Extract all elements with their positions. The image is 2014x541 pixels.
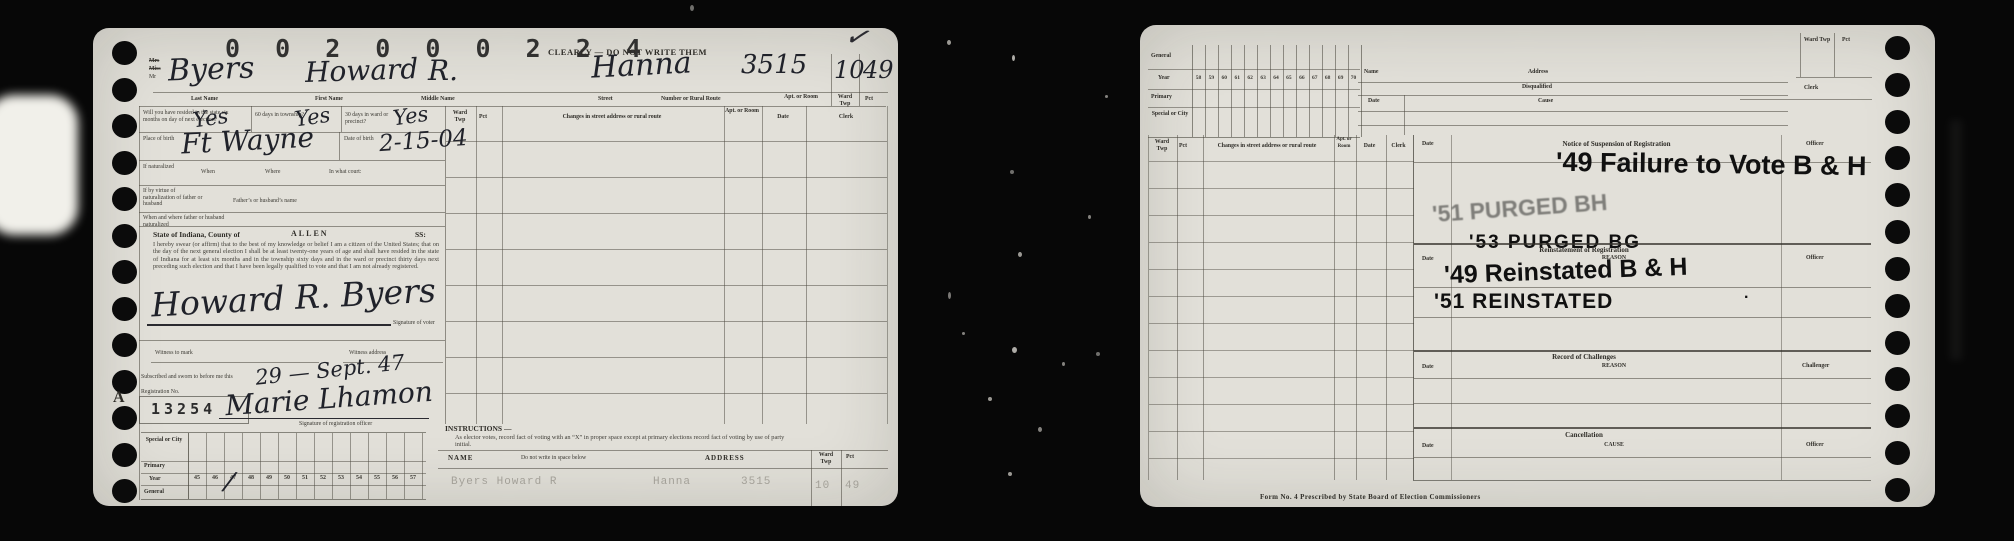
changes-col-clerk: Clerk bbox=[807, 114, 885, 121]
reinstatement-officer-label: Officer bbox=[1806, 255, 1824, 262]
corner-clerk-label: Clerk bbox=[1804, 85, 1818, 92]
label-virtue-naturalization: If by virtue of naturalization of father… bbox=[143, 188, 207, 208]
section-line bbox=[1414, 378, 1871, 379]
label-number-rural-route: Number or Rural Route bbox=[661, 96, 721, 103]
label-signature-registration-officer: Signature of registration officer bbox=[299, 421, 372, 428]
year-cell: 67 bbox=[1308, 75, 1321, 84]
label-when: When bbox=[201, 169, 215, 176]
section-line bbox=[1414, 403, 1871, 404]
year-cell: 69 bbox=[1334, 75, 1347, 84]
year-cell: 61 bbox=[1231, 75, 1244, 84]
dust-speck bbox=[1010, 170, 1014, 174]
film-scratch bbox=[1950, 120, 1962, 360]
punch-hole-icon bbox=[1885, 73, 1910, 97]
ward-handwritten: 10 bbox=[834, 56, 865, 84]
corner-box-line bbox=[1740, 99, 1872, 100]
signature-underline bbox=[147, 324, 391, 326]
punch-hole-icon bbox=[112, 443, 137, 467]
grid-label-special: Special or City bbox=[143, 437, 185, 444]
corner-ward-label: Ward Twp bbox=[1803, 37, 1831, 44]
dust-speck bbox=[1018, 252, 1022, 257]
registration-margin-letter: A bbox=[113, 394, 125, 402]
cell-line bbox=[841, 450, 842, 506]
section-boundary bbox=[1414, 243, 1871, 245]
head-line bbox=[1358, 125, 1788, 126]
year-cell: 48 bbox=[242, 475, 260, 485]
changes-table bbox=[1148, 135, 1414, 480]
first-name-handwritten: Howard bbox=[304, 52, 418, 89]
changes-col-pct: Pct bbox=[479, 114, 487, 121]
head-cell-line bbox=[1404, 95, 1405, 135]
left-registration-card: 0 0 2 0 0 0 2 2 4 CLEARLY — DO NOT WRITE… bbox=[93, 28, 898, 506]
dust-speck bbox=[962, 332, 965, 335]
dust-speck bbox=[1105, 95, 1108, 98]
row-line bbox=[139, 212, 445, 213]
section-line bbox=[1414, 317, 1871, 318]
prefix-mr: Mr bbox=[149, 74, 156, 81]
bottom-pct-label: Pct bbox=[846, 454, 854, 461]
section-boundary bbox=[1414, 350, 1871, 352]
label-pct: Pct bbox=[865, 96, 873, 103]
dust-speck bbox=[948, 292, 951, 299]
row-line bbox=[139, 185, 445, 186]
year-cell: 64 bbox=[1270, 75, 1283, 84]
year-cell: 65 bbox=[1282, 75, 1295, 84]
year-cell: 56 bbox=[386, 475, 404, 485]
suspension-date-label: Date bbox=[1422, 141, 1434, 148]
typed-pct: 49 bbox=[845, 480, 860, 492]
label-subscribed-sworn: Subscribed and sworn to before me this bbox=[141, 374, 259, 381]
punch-hole-icon bbox=[1885, 331, 1910, 355]
microfilm-background: { "left_card": { "stamp_number": "0 0 2 … bbox=[0, 0, 2014, 541]
label-street: Street bbox=[598, 96, 613, 103]
challenges-title: Record of Challenges bbox=[1454, 353, 1714, 361]
place-of-birth-handwritten: Ft Wayne bbox=[180, 121, 315, 161]
changes-col-changes: Changes in street address or rural route bbox=[505, 114, 719, 121]
row-line bbox=[438, 450, 888, 451]
year-cell: 54 bbox=[350, 475, 368, 485]
changes-col-ward: Ward Twp bbox=[447, 110, 473, 123]
cancellation-title: Cancellation bbox=[1454, 431, 1714, 439]
challenges-reason-label: REASON bbox=[1564, 363, 1664, 370]
year-cell: 63 bbox=[1257, 75, 1270, 84]
dust-speck bbox=[1096, 352, 1100, 356]
grid-label-year: Year bbox=[1158, 75, 1170, 82]
house-number-handwritten: 3515 bbox=[741, 50, 807, 80]
stamp-purged-51: '51 PURGED BH bbox=[1431, 189, 1608, 228]
year-cell: 58 bbox=[1192, 75, 1205, 84]
year-cell: 52 bbox=[314, 475, 332, 485]
prefix-miss: Miss bbox=[149, 66, 161, 73]
section-line bbox=[1414, 457, 1871, 458]
label-signature-of-voter: Signature of voter bbox=[393, 320, 435, 327]
punch-hole-icon bbox=[112, 114, 137, 138]
label-date-of-birth: Date of birth bbox=[344, 136, 374, 143]
reinstatement-date-label: Date bbox=[1422, 256, 1434, 263]
punch-hole-column bbox=[112, 41, 137, 503]
dust-speck bbox=[1088, 215, 1091, 219]
changes-table bbox=[445, 106, 888, 424]
officer-underline bbox=[219, 418, 429, 419]
bottom-note: Do not write in space below bbox=[521, 455, 586, 462]
label-apt-room: Apt. or Room bbox=[781, 94, 821, 101]
label-registration-no: Registration No. bbox=[141, 389, 179, 396]
dust-speck bbox=[988, 397, 992, 401]
changes-col-changes: Changes in street address or rural route bbox=[1204, 143, 1330, 150]
bottom-ward-label: Ward Twp bbox=[813, 452, 839, 465]
year-cell: 60 bbox=[1218, 75, 1231, 84]
changes-col-ward: Ward Twp bbox=[1149, 139, 1175, 152]
cell-line bbox=[811, 450, 812, 506]
typed-number: 3515 bbox=[741, 476, 771, 488]
punch-hole-icon bbox=[112, 187, 137, 211]
label-where: Where bbox=[265, 169, 280, 176]
cell-line bbox=[339, 132, 340, 160]
punch-hole-icon bbox=[112, 406, 137, 430]
vote-record-cells bbox=[1192, 45, 1362, 137]
suspension-officer-label: Officer bbox=[1806, 141, 1824, 148]
row-line bbox=[438, 468, 888, 469]
punch-hole-icon bbox=[112, 479, 137, 503]
grid-label-primary: Primary bbox=[144, 463, 165, 470]
year-cell: 62 bbox=[1244, 75, 1257, 84]
registration-number: 13254 bbox=[151, 400, 216, 418]
dust-speck bbox=[1012, 347, 1017, 353]
instructions-body: As elector votes, record fact of voting … bbox=[455, 434, 799, 448]
grid-label-primary: Primary bbox=[1151, 94, 1172, 101]
grid-label-year: Year bbox=[149, 476, 161, 483]
head-cause-label: Cause bbox=[1538, 98, 1553, 105]
year-cell: 51 bbox=[296, 475, 314, 485]
punch-hole-icon bbox=[1885, 478, 1910, 502]
year-header-row: 45 46 47 48 49 50 51 52 53 54 55 56 57 bbox=[188, 475, 422, 485]
right-registration-card: General Year Primary Special or City 58 … bbox=[1140, 25, 1935, 507]
changes-col-date: Date bbox=[1356, 143, 1383, 150]
punch-hole-icon bbox=[1885, 441, 1910, 465]
challenges-challenger-label: Challenger bbox=[1802, 363, 1829, 370]
label-last-name: Last Name bbox=[191, 96, 218, 103]
cancellation-officer-label: Officer bbox=[1806, 442, 1824, 449]
grid-label-general: General bbox=[1151, 53, 1171, 60]
punch-hole-icon bbox=[1885, 36, 1910, 60]
label-father-husband-name: Father’s or husband’s name bbox=[233, 198, 297, 205]
label-place-of-birth: Place of birth bbox=[143, 136, 179, 143]
punch-hole-icon bbox=[112, 41, 137, 65]
head-line bbox=[1358, 95, 1788, 96]
dust-speck bbox=[690, 5, 694, 11]
affidavit-county: ALLEN bbox=[291, 230, 329, 238]
changes-col-date: Date bbox=[762, 114, 804, 121]
bottom-address-label: ADDRESS bbox=[705, 454, 745, 462]
checkmark-annotation: ✓ bbox=[842, 18, 872, 55]
vote-record-grid: Special or City Primary Year General 45 … bbox=[141, 432, 426, 500]
corner-box-line bbox=[1796, 77, 1872, 78]
year-cell: 66 bbox=[1295, 75, 1308, 84]
label-witness-to-mark: Witness to mark bbox=[155, 350, 193, 357]
punch-hole-icon bbox=[112, 224, 137, 248]
changes-col-pct: Pct bbox=[1179, 143, 1187, 150]
typed-name: Byers Howard R bbox=[451, 476, 557, 488]
stamp-failure-to-vote: '49 Failure to Vote B & H bbox=[1556, 147, 1867, 182]
bottom-name-label: NAME bbox=[448, 454, 473, 462]
cancellation-cause-label: CAUSE bbox=[1564, 442, 1664, 449]
head-line bbox=[1358, 111, 1788, 112]
year-cell: 50 bbox=[278, 475, 296, 485]
year-cell: 59 bbox=[1205, 75, 1218, 84]
pct-handwritten: 49 bbox=[863, 56, 894, 84]
instructions-title: INSTRUCTIONS — bbox=[445, 425, 511, 433]
label-first-name: First Name bbox=[315, 96, 343, 103]
section-boundary bbox=[1414, 427, 1871, 429]
dust-speck bbox=[1038, 427, 1042, 432]
year-cell: 45 bbox=[188, 475, 206, 485]
changes-col-apt: Apt. or Room bbox=[1334, 137, 1354, 150]
corner-box-line bbox=[1834, 33, 1835, 77]
grid-label-special: Special or City bbox=[1150, 111, 1190, 118]
dust-speck bbox=[1062, 362, 1065, 366]
year-cell: 68 bbox=[1321, 75, 1334, 84]
corner-pct-label: Pct bbox=[1842, 37, 1850, 44]
label-in-what-court: In what court: bbox=[329, 169, 362, 176]
punch-hole-icon bbox=[1885, 257, 1910, 281]
punch-hole-icon bbox=[1885, 404, 1910, 428]
street-handwritten: Hanna bbox=[590, 45, 692, 85]
year-cell: 55 bbox=[368, 475, 386, 485]
dust-speck bbox=[947, 40, 951, 45]
voter-signature: Howard R. Byers bbox=[150, 271, 437, 325]
section-line bbox=[1414, 287, 1871, 288]
row-line bbox=[139, 340, 445, 341]
cell-line bbox=[341, 106, 342, 132]
punch-hole-icon bbox=[112, 333, 137, 357]
punch-hole-icon bbox=[1885, 146, 1910, 170]
punch-hole-icon bbox=[1885, 220, 1910, 244]
head-date-label: Date bbox=[1368, 98, 1380, 105]
stamp-reinstated-51: '51 REINSTATED bbox=[1434, 290, 1613, 314]
head-disqualified-label: Disqualified bbox=[1522, 84, 1552, 91]
punch-hole-icon bbox=[1885, 183, 1910, 207]
head-address-label: Address bbox=[1528, 69, 1548, 76]
cancellation-date-label: Date bbox=[1422, 443, 1434, 450]
year-header-row: 58 59 60 61 62 63 64 65 66 67 68 69 70 bbox=[1192, 75, 1360, 84]
label-if-naturalized: If naturalized bbox=[143, 164, 189, 171]
punch-hole-icon bbox=[1885, 110, 1910, 134]
middle-name-handwritten: R. bbox=[428, 54, 458, 87]
punch-hole-icon bbox=[112, 297, 137, 321]
affidavit-state-line: State of Indiana, County of bbox=[153, 231, 240, 239]
stamp-reinstated-49: '49 Reinstated B & H bbox=[1444, 253, 1688, 290]
dust-speck bbox=[1012, 55, 1015, 61]
row-line bbox=[139, 160, 445, 161]
corner-box-line bbox=[1800, 33, 1801, 77]
punch-hole-icon bbox=[1885, 367, 1910, 391]
residency-answer-3: Yes bbox=[392, 102, 430, 131]
year-cell: 46 bbox=[206, 475, 224, 485]
changes-col-clerk: Clerk bbox=[1386, 143, 1411, 150]
head-line bbox=[1358, 82, 1788, 83]
changes-col-apt: Apt. or Room bbox=[725, 108, 759, 115]
typed-ward: 10 bbox=[815, 480, 830, 492]
punch-hole-icon bbox=[112, 78, 137, 102]
prefix-mrs: Mrs bbox=[149, 58, 159, 65]
grid-label-general: General bbox=[144, 489, 164, 496]
punch-hole-column bbox=[1885, 36, 1910, 502]
dust-speck bbox=[1008, 472, 1012, 476]
status-sections: Date Notice of Suspension of Registratio… bbox=[1413, 135, 1871, 481]
form-footer: Form No. 4 Prescribed by State Board of … bbox=[1260, 493, 1481, 501]
white-blob-artifact bbox=[0, 95, 78, 235]
challenges-date-label: Date bbox=[1422, 364, 1434, 371]
typed-street: Hanna bbox=[653, 476, 691, 488]
last-name-handwritten: Byers bbox=[167, 51, 255, 89]
vote-record-grid-continued: General Year Primary Special or City 58 … bbox=[1148, 45, 1360, 138]
name-underline bbox=[153, 92, 888, 93]
row-line bbox=[139, 226, 445, 227]
affidavit-body: I hereby swear (or affirm) that to the b… bbox=[153, 241, 439, 271]
year-cell: 57 bbox=[404, 475, 422, 485]
year-cell: 53 bbox=[332, 475, 350, 485]
affidavit-ss: SS: bbox=[415, 231, 426, 239]
punch-hole-icon bbox=[112, 151, 137, 175]
form-left-margin-line bbox=[139, 106, 140, 500]
year-cell: 49 bbox=[260, 475, 278, 485]
head-name-label: Name bbox=[1364, 69, 1379, 76]
punch-hole-icon bbox=[112, 260, 137, 284]
punch-hole-icon bbox=[1885, 294, 1910, 318]
